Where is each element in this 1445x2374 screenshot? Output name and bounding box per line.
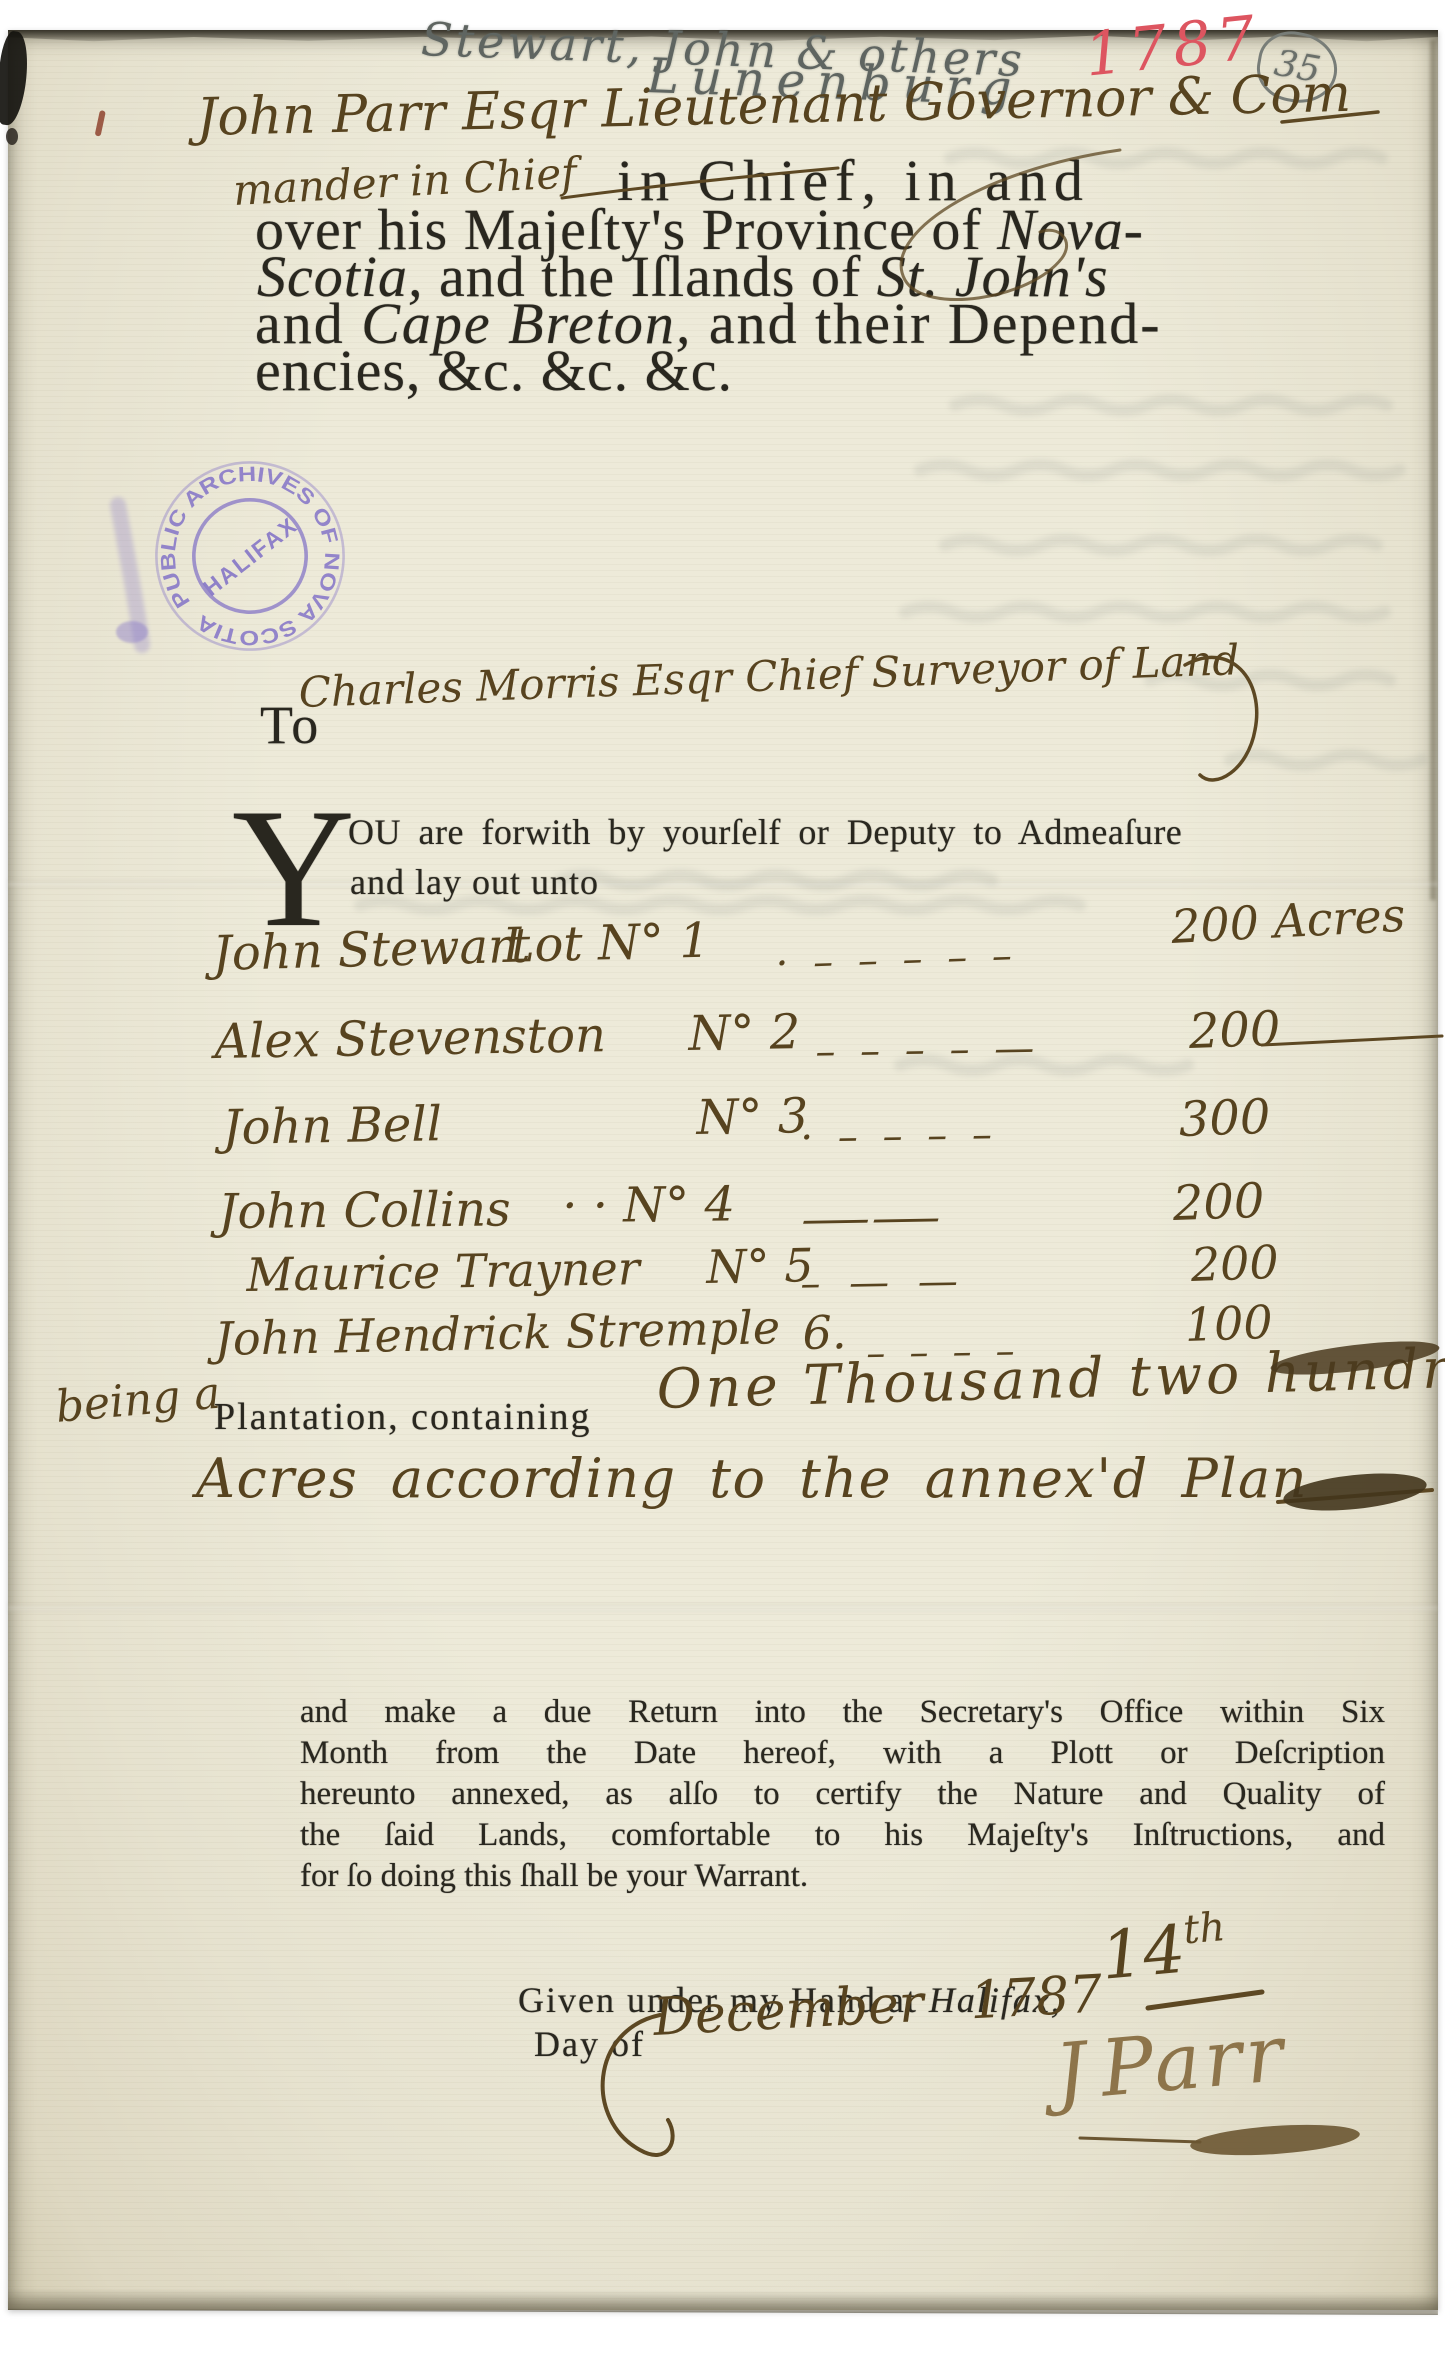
- grant-row-acres: 200: [1190, 1239, 1279, 1288]
- body-line: the ſaid Lands, comfortable to his Majeſ…: [300, 1815, 1385, 1856]
- body-line: and make a due Return into the Secretary…: [300, 1692, 1385, 1733]
- printed-day-of: Day of: [534, 2026, 645, 2062]
- grant-row-lot: Lot N° 1: [502, 917, 710, 970]
- handwritten-day: 14th: [1098, 1907, 1230, 1990]
- day-number: 14: [1098, 1911, 1188, 1995]
- grant-row-lot: N° 3: [696, 1092, 809, 1142]
- grant-row-lot: · · N° 4: [562, 1180, 735, 1230]
- grant-row-name: John Hendrick Stremple: [214, 1304, 780, 1362]
- body-line: Month from the Date hereof, with a Plott…: [300, 1733, 1385, 1774]
- printed-body-paragraph: and make a due Return into the Secretary…: [300, 1692, 1385, 1897]
- order-line2: and lay out unto: [350, 864, 599, 900]
- grant-row-dashes: – — —: [800, 1261, 966, 1304]
- order-line1: OU are forwith by yourſelf or Deputy to …: [348, 814, 1182, 850]
- grant-row-dashes: · – – – – –: [775, 936, 1019, 984]
- grant-row-acres: 200: [1188, 1005, 1281, 1056]
- grant-row-dashes: – – – – —: [815, 1028, 1041, 1072]
- grant-row-lot: 6.: [802, 1309, 847, 1356]
- body-line: hereunto annexed, as alſo to certify the…: [300, 1774, 1385, 1815]
- grant-row-dashes: ——: [800, 1196, 942, 1242]
- heading-line4-roman2: and their Depend-: [692, 291, 1161, 356]
- grant-row-acres: 300: [1178, 1093, 1271, 1144]
- edge-ink-mark: [6, 128, 18, 145]
- body-line: for ſo doing this ſhall be your Warrant.: [300, 1856, 1385, 1897]
- handwritten-amount-acres: Acres according to the annex'd Plan: [196, 1452, 1308, 1506]
- governor-signature: J Parr: [1052, 2015, 1290, 2113]
- fold-crease: [8, 1604, 1438, 1612]
- grant-row-dashes: · – – – –: [800, 1115, 998, 1158]
- grant-row-lot: N° 2: [688, 1008, 801, 1058]
- fold-crease: [8, 880, 1438, 888]
- grant-row-acres: 200 Acres: [1170, 892, 1406, 950]
- grant-row-acres: 200: [1172, 1177, 1265, 1228]
- day-suffix: th: [1181, 1904, 1227, 1953]
- scanned-document-page: Stewart, John & others Lunenburg 1787 35…: [0, 0, 1445, 2374]
- right-edge-shade: [1430, 40, 1436, 900]
- grant-row-name: John Stewart: [212, 922, 531, 978]
- printed-heading-line5: encies, &c. &c. &c.: [255, 342, 733, 400]
- grant-row-name: John Collins: [218, 1185, 511, 1236]
- grant-row-name: John Bell: [222, 1100, 442, 1152]
- grant-row-name: Maurice Trayner: [246, 1245, 640, 1298]
- printed-plantation-containing: Plantation, containing: [214, 1398, 592, 1436]
- dropcap-Y: Y: [232, 800, 355, 936]
- grant-row-name: Alex Stevenston: [214, 1011, 606, 1066]
- grant-row-lot: N° 5: [706, 1242, 814, 1290]
- paper-bottom-edge: [8, 2288, 1438, 2315]
- year: 1787: [968, 1964, 1103, 2031]
